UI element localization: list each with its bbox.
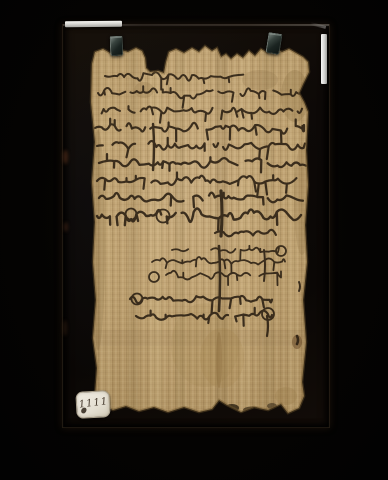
ink-long-stroke	[267, 316, 268, 336]
inventory-label: 1111	[75, 390, 110, 419]
ink-long-stroke	[299, 282, 300, 291]
papyrus-artwork	[0, 0, 388, 480]
stain	[216, 332, 222, 388]
papyrus-sheet	[85, 40, 315, 420]
mounting-clip-left	[110, 36, 124, 56]
stain	[242, 70, 278, 90]
ink-long-stroke	[221, 191, 222, 236]
ink-long-stroke	[264, 250, 265, 281]
photo-backdrop: 1111	[0, 0, 388, 480]
ink-long-stroke	[153, 124, 154, 170]
ink-blot	[81, 407, 88, 414]
ink-long-stroke	[219, 246, 220, 311]
ink-long-stroke	[297, 336, 298, 344]
stain	[275, 387, 297, 405]
